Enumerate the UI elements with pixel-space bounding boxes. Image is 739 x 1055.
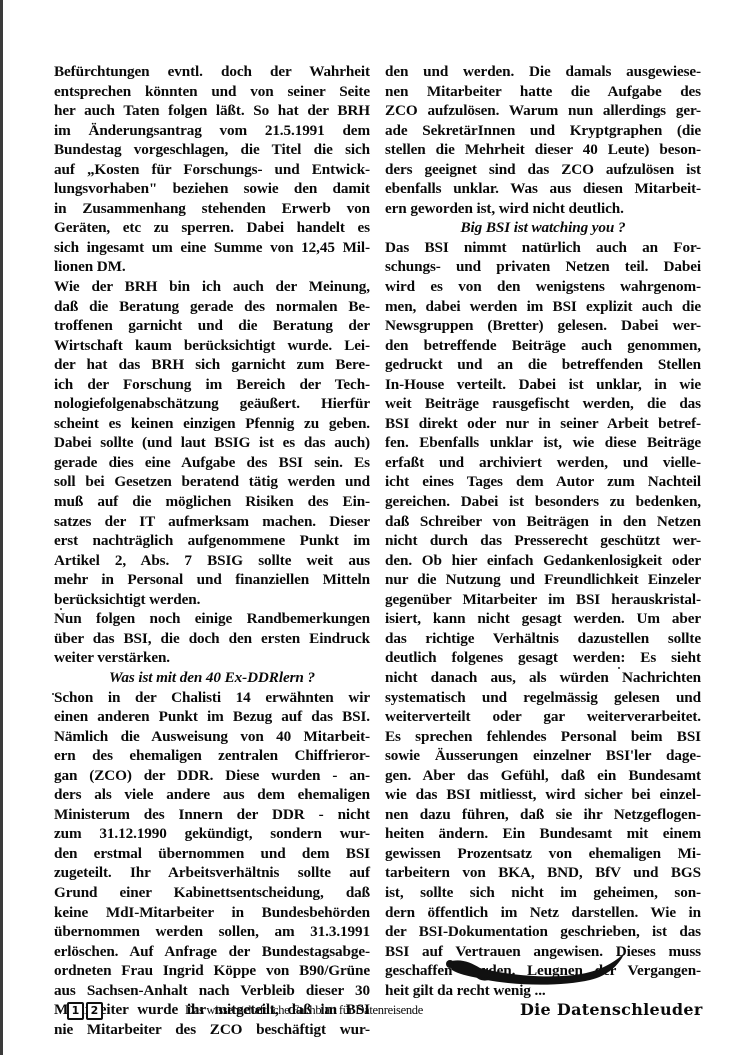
text-line: icht eines Tages dem Autor zum Nachteil (385, 472, 701, 492)
text-line: Nämlich die Ausweisung von 40 Mitarbeit- (54, 727, 370, 747)
footer-tagline: Das wissenschaftliche Fachblatt für Date… (185, 1003, 423, 1018)
dagger-icon (440, 950, 630, 990)
text-line: men, dabei werden im BSI explizit auch d… (385, 297, 701, 317)
text-line: isiert, kann nicht gesagt werden. Um abe… (385, 609, 701, 629)
text-line: Wie der BRH bin ich auch der Meinung, (54, 277, 370, 297)
text-line: systematisch und regelmässig gelesen und (385, 688, 701, 708)
section-heading: Was ist mit den 40 Ex-DDRlern ? (54, 668, 370, 688)
text-line: gewissen Prozentsatz von ehemaligen Mi- (385, 844, 701, 864)
scan-speck (52, 693, 54, 695)
text-line: tarbeitern von BKA, BND, BfV und BGS (385, 863, 701, 883)
text-line: Nun folgen noch einige Randbemerkungen (54, 609, 370, 629)
text-line: gan (ZCO) der DDR. Diese wurden - an- (54, 766, 370, 786)
scan-speck (618, 667, 620, 669)
page-digit: 2 (86, 1002, 103, 1020)
text-line: aus Sachsen-Anhalt nach Verbleib dieser … (54, 981, 370, 1001)
text-line: ade SekretärInnen und Kryptgraphen (die (385, 121, 701, 141)
text-line: In-House verteilt. Dabei ist unklar, in … (385, 375, 701, 395)
text-line: Grund einer Kabinettsentscheidung, daß (54, 883, 370, 903)
text-line: nen dazu führen, daß sie ihr Netzgefloge… (385, 805, 701, 825)
text-line: ebenfalls unklar. Was aus diesen Mitarbe… (385, 179, 701, 199)
text-line: weiter verstärken. (54, 648, 370, 668)
text-line: daß Schreiber von Beiträgen in den Netze… (385, 512, 701, 532)
text-line: erlöschen. Auf Anfrage der Bundestagsabg… (54, 942, 370, 962)
text-line: ich der Forschung im Bereich der Tech- (54, 375, 370, 395)
text-line: Befürchtungen evntl. doch der Wahrheit (54, 62, 370, 82)
left-column: Befürchtungen evntl. doch der Wahrheiten… (54, 62, 370, 1039)
text-line: Bundestag vorgeschlagen, die Titel die s… (54, 140, 370, 160)
text-line: über das BSI, die doch den ersten Eindru… (54, 629, 370, 649)
text-line: deutlich folgenes gesagt werden: Es sieh… (385, 648, 701, 668)
text-line: Newsgruppen (Bretter) gelesen. Dabei wer… (385, 316, 701, 336)
text-line: berücksichtigt werden. (54, 590, 370, 610)
text-line: Schon in der Chalisti 14 erwähnten wir (54, 688, 370, 708)
text-line: sowie Äusserungen einzelner BSI'ler dage… (385, 746, 701, 766)
text-line: gedruckt und an die betreffenden Stellen (385, 355, 701, 375)
text-line: ist, sollte sich nicht im geheimen, son- (385, 883, 701, 903)
text-line: zum 31.12.1990 gekündigt, sondern wur- (54, 824, 370, 844)
text-line: scheint es keinen einzigen Pfennig zu ge… (54, 414, 370, 434)
text-line: erst nachträglich aufgenommene Punkt im (54, 531, 370, 551)
text-line: weit Beiträge rausgefischt werden, die d… (385, 394, 701, 414)
text-line: den betreffende Beiträge auch genommen, (385, 336, 701, 356)
text-line: gegenüber Mitarbeiter im BSI herauskrist… (385, 590, 701, 610)
text-line: ZCO aufzulösen. Warum nun allerdings ger… (385, 101, 701, 121)
text-line: mehr in Personal und finanziellen Mittel… (54, 570, 370, 590)
text-line: Geräten, etc zu sperren. Dabei handelt e… (54, 218, 370, 238)
text-line: Das BSI nimmt natürlich auch an For- (385, 238, 701, 258)
text-line: her auch Taten folgen läßt. So hat der B… (54, 101, 370, 121)
text-line: weiterverteilt oder gar weiterverarbeite… (385, 707, 701, 727)
text-line: auf „Kosten für Forschungs- und Entwick- (54, 160, 370, 180)
text-line: den und werden. Die damals ausgewiese- (385, 62, 701, 82)
text-line: Artikel 2, Abs. 7 BSIG sollte weit aus (54, 551, 370, 571)
text-line: entsprechen könnten und von seiner Seite (54, 82, 370, 102)
text-line: muß auf die möglichen Risiken des Ein- (54, 492, 370, 512)
text-line: wird es von den wenigstens wahrgenom- (385, 277, 701, 297)
text-line: fen. Ebenfalls unklar ist, wie diese Bei… (385, 433, 701, 453)
text-line: dern öffentlich im Netz darstellen. Wie … (385, 903, 701, 923)
text-line: nicht danach aus, als würden Nachrichten (385, 668, 701, 688)
text-line: ders geeignet sind das ZCO aufzulösen is… (385, 160, 701, 180)
text-line: lungsvorhaben" beziehen sowie den damit (54, 179, 370, 199)
page-edge (0, 0, 3, 1055)
text-line: daß die Beratung gerade des normalen Be- (54, 297, 370, 317)
text-line: in Zusammenhang stehenden Erwerb von (54, 199, 370, 219)
page-digit: 1 (67, 1002, 84, 1020)
text-line: erfaßt und archiviert werden, und vielle… (385, 453, 701, 473)
text-line: der BSI-Dokumentation geschrieben, ist d… (385, 922, 701, 942)
text-line: Ministerum des Innern der DDR - nicht (54, 805, 370, 825)
text-line: wie das BSI mitliesst, wird sicher bei e… (385, 785, 701, 805)
text-line: sich ingesamt um eine Summe von 12,45 Mi… (54, 238, 370, 258)
section-heading: Big BSI ist watching you ? (385, 218, 701, 238)
text-line: nologiefolgenabschätzung geäußert. Hierf… (54, 394, 370, 414)
text-line: einen anderen Punkt im Bezug auf das BSI… (54, 707, 370, 727)
text-line: nur die Nutzung und Freundlichkeit Einze… (385, 570, 701, 590)
scan-speck (60, 608, 62, 610)
text-line: satzes der IT aufmerksam machen. Dieser (54, 512, 370, 532)
text-line: der hat das BRH sich garnicht zum Bere- (54, 355, 370, 375)
text-line: lionen DM. (54, 257, 370, 277)
text-line: gen. Aber das Gefühl, daß ein Bundesamt (385, 766, 701, 786)
text-line: nen Mitarbeiter hatte die Aufgabe des (385, 82, 701, 102)
text-line: Dabei sollte (und laut BSIG ist es das a… (54, 433, 370, 453)
text-line: stellen die Mehrheit dieser 40 Leute) be… (385, 140, 701, 160)
text-line: ders als viele andere aus dem ehemaligen (54, 785, 370, 805)
text-line: ordneten Frau Ingrid Köppe von B90/Grüne (54, 961, 370, 981)
text-line: gerade dies eine Aufgabe des BSI sein. E… (54, 453, 370, 473)
text-line: keine MdI-Mitarbeiter in Bundesbehörden (54, 903, 370, 923)
text-line: Es sprechen fehlendes Personal beim BSI (385, 727, 701, 747)
text-line: den erstmal übernommen und dem BSI (54, 844, 370, 864)
masthead-logo: Die Datenschleuder (520, 1000, 703, 1019)
text-line: gereichen. Dabei ist besonders zu bedenk… (385, 492, 701, 512)
text-line: BSI direkt oder nur in seiner Arbeit bet… (385, 414, 701, 434)
page-number: 1 2 (67, 1002, 103, 1020)
text-line: schungs- und privaten Netzen teil. Dabei (385, 257, 701, 277)
text-line: soll bei Gesetzen beratend tätig werden … (54, 472, 370, 492)
text-line: heiten ändern. Ein Bundesamt mit einem (385, 824, 701, 844)
text-line: nicht durch das Presserecht geschützt we… (385, 531, 701, 551)
text-line: ern des ehemaligen zentralen Chiffrieror… (54, 746, 370, 766)
page-footer: 1 2 Das wissenschaftliche Fachblatt für … (0, 1000, 739, 1030)
text-line: troffenen garnicht und die Beratung der (54, 316, 370, 336)
text-line: übernommen werden sollen, am 31.3.1991 (54, 922, 370, 942)
text-line: Wirtschaft kaum berücksichtigt wurde. Le… (54, 336, 370, 356)
text-line: das richtige Verhältnis dazustellen soll… (385, 629, 701, 649)
text-line: zugeteilt. Ihr Arbeitsverhältnis sollte … (54, 863, 370, 883)
text-line: im Änderungsantrag vom 21.5.1991 dem (54, 121, 370, 141)
right-column: den und werden. Die damals ausgewiese-ne… (385, 62, 701, 1000)
text-line: ern geworden ist, wird nicht deutlich. (385, 199, 701, 219)
text-line: den. Ob hier einfach Gedankenlosigkeit o… (385, 551, 701, 571)
